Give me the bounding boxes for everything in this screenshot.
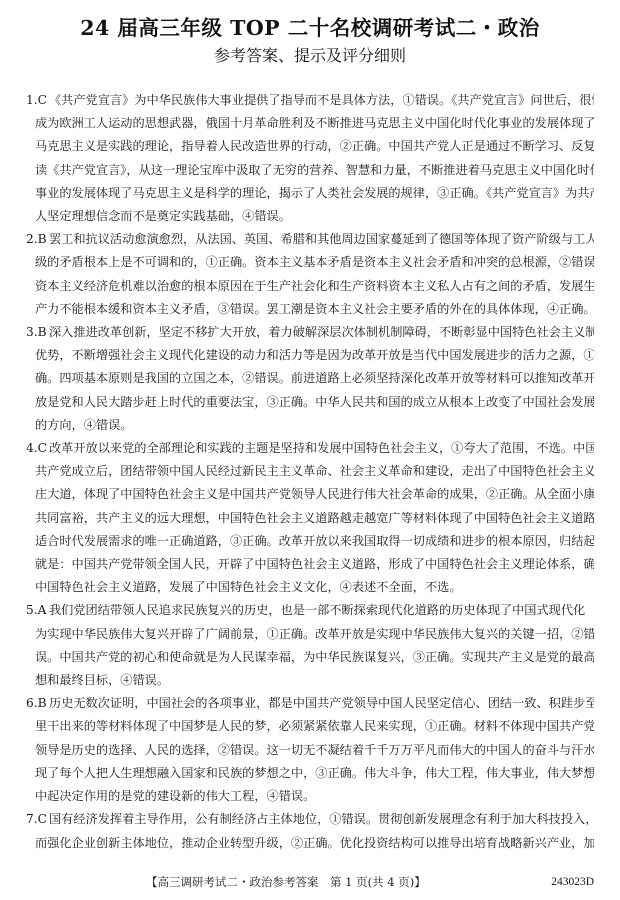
answer-text: 改革开放以来党的全部理论和实践的主题是坚持和发展中国特色社会主义，①夸大了范围，…: [49, 441, 594, 455]
answer-line: 现了每个人把人生理想融入国家和民族的梦想之中，③正确。伟大斗争，伟大工程，伟大事…: [26, 762, 594, 785]
answer-line: 中起决定作用的是党的建设新的伟大工程，④错误。: [26, 785, 594, 808]
answer-line: 确。四项基本原则是我国的立国之本，②错误。前进道路上必须坚持深化改革开放等材料可…: [26, 367, 594, 390]
answer-line: 庄大道，体现了中国特色社会主义是中国共产党领导人民进行伟大社会革命的成果，②正确…: [26, 483, 594, 506]
answer-item: 5.A我们党团结带领人民追求民族复兴的历史，也是一部不断探索现代化道路的历史体现…: [26, 599, 594, 692]
answer-line: 产力不能根本缓和资本主义矛盾，③错误。罢工潮是资本主义社会主要矛盾的外在的具体体…: [26, 298, 594, 321]
answer-text: 《共产党宣言》为中华民族伟大事业提供了指导而不是具体方法，①错误。《共产党宣言》…: [49, 93, 594, 107]
answer-line: 共产党成立后，团结带领中国人民经过新民主主义革命、社会主义革命和建设，走出了中国…: [26, 460, 594, 483]
answer-line: 中国特色社会主义道路，发展了中国特色社会主义文化，④表述不全面，不选。: [26, 576, 594, 599]
answer-line: 的方向，④错误。: [26, 414, 594, 437]
answer-line: 就是：中国共产党带领全国人民，开辟了中国特色社会主义道路，形成了中国特色社会主义…: [26, 553, 594, 576]
answer-line: 7.C国有经济发挥着主导作用，公有制经济占主体地位，①错误。贯彻创新发展理念有利…: [26, 808, 594, 831]
answer-item: 3.B深入推进改革创新，坚定不移扩大开放，着力破解深层次体制机制障碍，不断彰显中…: [26, 321, 594, 437]
answer-line: 1.C《共产党宣言》为中华民族伟大事业提供了指导而不是具体方法，①错误。《共产党…: [26, 89, 594, 112]
answer-number: 1.C: [26, 89, 49, 112]
answer-line: 里干出来的等材料体现了中国梦是人民的梦，必须紧紧依靠人民来实现，①正确。材料不体…: [26, 715, 594, 738]
answer-number: 4.C: [26, 437, 49, 460]
answer-number: 3.B: [26, 321, 49, 344]
footer-doc-code: 243023D: [551, 874, 594, 890]
answer-line: 3.B深入推进改革创新，坚定不移扩大开放，着力破解深层次体制机制障碍，不断彰显中…: [26, 321, 594, 344]
answer-line: 人坚定理想信念而不是奠定实践基础，④错误。: [26, 205, 594, 228]
document-title: 24 届高三年级 TOP 二十名校调研考试二・政治: [0, 16, 620, 40]
answer-line: 级的矛盾根本上是不可调和的，①正确。资本主义基本矛盾是资本主义社会矛盾和冲突的总…: [26, 251, 594, 274]
answer-line: 4.C改革开放以来党的全部理论和实践的主题是坚持和发展中国特色社会主义，①夸大了…: [26, 437, 594, 460]
answer-number: 2.B: [26, 228, 49, 251]
answer-line: 6.B历史无数次证明，中国社会的各项事业，都是中国共产党领导中国人民坚定信心、团…: [26, 692, 594, 715]
answer-text: 罢工和抗议活动愈演愈烈，从法国、英国、希腊和其他周边国家蔓延到了德国等体现了资产…: [49, 232, 594, 246]
answer-number: 5.A: [26, 599, 49, 622]
answer-line: 误。中国共产党的初心和使命就是为人民谋幸福，为中华民族谋复兴，③正确。实现共产主…: [26, 646, 594, 669]
footer-page-info: 【高三调研考试二・政治参考答案 第 1 页(共 4 页)】: [146, 874, 426, 890]
answer-number: 7.C: [26, 808, 49, 831]
answer-line: 读《共产党宣言》，从这一理论宝库中汲取了无穷的营养、智慧和力量，不断推进着马克思…: [26, 159, 594, 182]
answer-item: 2.B罢工和抗议活动愈演愈烈，从法国、英国、希腊和其他周边国家蔓延到了德国等体现…: [26, 228, 594, 321]
answer-line: 优势，不断增强社会主义现代化建设的动力和活力等是因为改革开放是当代中国发展进步的…: [26, 344, 594, 367]
answer-line: 2.B罢工和抗议活动愈演愈烈，从法国、英国、希腊和其他周边国家蔓延到了德国等体现…: [26, 228, 594, 251]
answer-number: 6.B: [26, 692, 49, 715]
answer-line: 领导是历史的选择、人民的选择，②错误。这一切无不凝结着千千万万平凡而伟大的中国人…: [26, 739, 594, 762]
answer-text: 国有经济发挥着主导作用，公有制经济占主体地位，①错误。贯彻创新发展理念有利于加大…: [49, 812, 594, 826]
answer-line: 事业的发展体现了马克思主义是科学的理论，揭示了人类社会发展的规律，③正确。《共产…: [26, 182, 594, 205]
answer-line: 马克思主义是实践的理论，指导着人民改造世界的行动，②正确。中国共产党人正是通过不…: [26, 135, 594, 158]
answer-line: 为实现中华民族伟大复兴开辟了广阔前景，①正确。改革开放是实现中华民族伟大复兴的关…: [26, 623, 594, 646]
document-subtitle: 参考答案、提示及评分细则: [0, 46, 620, 66]
answer-text: 深入推进改革创新，坚定不移扩大开放，着力破解深层次体制机制障碍，不断彰显中国特色…: [49, 325, 594, 339]
answer-line: 想和最终目标，④错误。: [26, 669, 594, 692]
answer-item: 4.C改革开放以来党的全部理论和实践的主题是坚持和发展中国特色社会主义，①夸大了…: [26, 437, 594, 599]
answer-line: 成为欧洲工人运动的思想武器，俄国十月革命胜利及不断推进马克思主义中国化时代化事业…: [26, 112, 594, 135]
answer-line: 放是党和人民大踏步赶上时代的重要法宝，③正确。中华人民共和国的成立从根本上改变了…: [26, 391, 594, 414]
answer-list: 1.C《共产党宣言》为中华民族伟大事业提供了指导而不是具体方法，①错误。《共产党…: [26, 89, 594, 855]
answer-line: 适合时代发展需求的唯一正确道路，③正确。改革开放以来我国取得一切成绩和进步的根本…: [26, 530, 594, 553]
answer-line: 而强化企业创新主体地位，推动企业转型升级，②正确。优化投资结构可以推导出培育战略…: [26, 832, 594, 855]
answer-text: 我们党团结带领人民追求民族复兴的历史，也是一部不断探索现代化道路的历史体现了中国…: [49, 603, 585, 617]
answer-line: 5.A我们党团结带领人民追求民族复兴的历史，也是一部不断探索现代化道路的历史体现…: [26, 599, 594, 622]
answer-item: 1.C《共产党宣言》为中华民族伟大事业提供了指导而不是具体方法，①错误。《共产党…: [26, 89, 594, 228]
answer-line: 资本主义经济危机难以治愈的根本原因在于生产社会化和生产资料资本主义私人占有之间的…: [26, 275, 594, 298]
answer-item: 7.C国有经济发挥着主导作用，公有制经济占主体地位，①错误。贯彻创新发展理念有利…: [26, 808, 594, 854]
answer-line: 共同富裕，共产主义的远大理想，中国特色社会主义道路越走越宽广等材料体现了中国特色…: [26, 507, 594, 530]
answer-item: 6.B历史无数次证明，中国社会的各项事业，都是中国共产党领导中国人民坚定信心、团…: [26, 692, 594, 808]
answer-text: 历史无数次证明，中国社会的各项事业，都是中国共产党领导中国人民坚定信心、团结一致…: [49, 696, 594, 710]
